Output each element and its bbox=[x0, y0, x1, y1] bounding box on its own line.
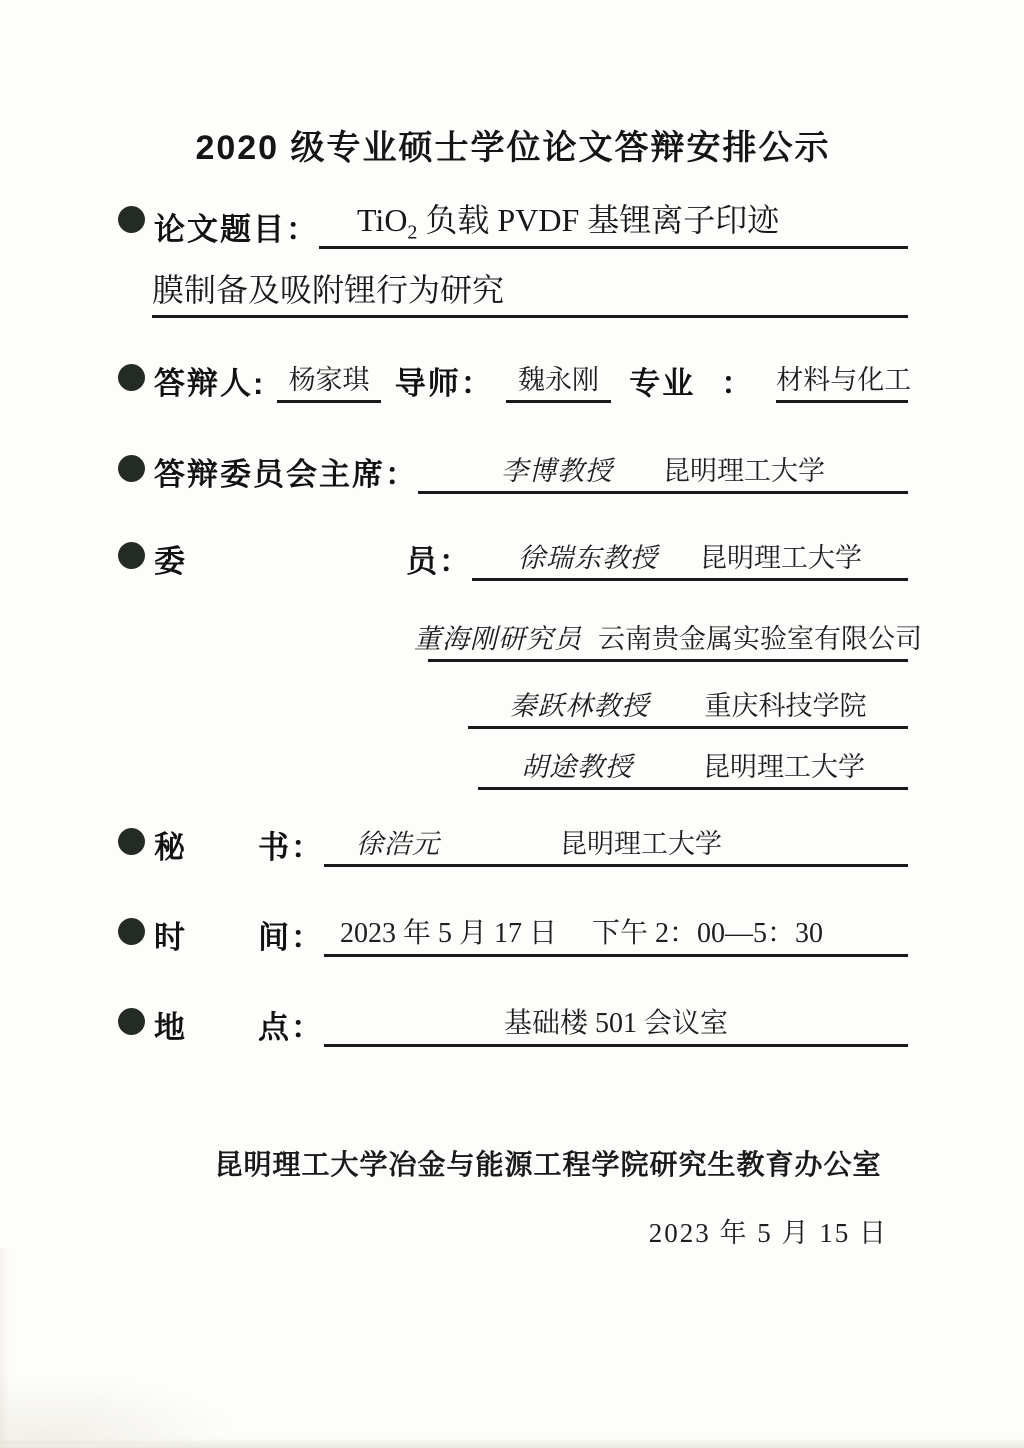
secretary-row: 秘书： 徐浩元 昆明理工大学 bbox=[118, 822, 908, 867]
time-label: 时间： bbox=[154, 912, 324, 957]
thesis-title-value-line1: TiO2 负载 PVDF 基锂离子印迹 bbox=[319, 195, 908, 249]
time-value: 2023 年 5 月 17 日 下午 2：00—5：30 bbox=[324, 911, 908, 957]
thesis-title-row-2: 膜制备及吸附锂行为研究 bbox=[118, 265, 908, 318]
committee-member-2: 董海刚研究员 云南贵金属实验室有限公司 bbox=[428, 617, 908, 662]
time-label-char2: 间： bbox=[258, 912, 324, 957]
document-body: 2020 级专业硕士学位论文答辩安排公示 论文题目： TiO2 负载 PVDF … bbox=[118, 0, 908, 1250]
chair-value: 李博教授 昆明理工大学 bbox=[418, 449, 908, 494]
committee-member-row-4: 胡途教授 昆明理工大学 bbox=[118, 745, 908, 790]
committee-label-char1: 委 bbox=[154, 536, 187, 581]
thesis-title-rest: 负载 PVDF 基锂离子印迹 bbox=[417, 202, 779, 238]
location-label: 地点： bbox=[154, 1002, 324, 1047]
committee-label-char2: 员： bbox=[406, 536, 472, 581]
member-affiliation: 重庆科技学院 bbox=[705, 684, 867, 723]
secretary-value: 徐浩元 昆明理工大学 bbox=[324, 822, 908, 867]
defender-row: 答辩人: 杨家琪 导师： 魏永刚 专业 ： 材料与化工 bbox=[118, 358, 908, 403]
chair-name: 李博教授 bbox=[501, 449, 613, 488]
footer-office: 昆明理工大学冶金与能源工程学院研究生教育办公室 bbox=[118, 1143, 908, 1183]
member-affiliation: 昆明理工大学 bbox=[703, 745, 865, 784]
committee-member-4: 胡途教授 昆明理工大学 bbox=[478, 745, 908, 790]
committee-member-row-2: 董海刚研究员 云南贵金属实验室有限公司 bbox=[118, 617, 908, 662]
defender-name: 杨家琪 bbox=[277, 358, 380, 403]
thesis-chem-subscript: 2 bbox=[407, 221, 417, 243]
bullet-icon bbox=[118, 1008, 145, 1035]
chair-row: 答辩委员会主席： 李博教授 昆明理工大学 bbox=[118, 449, 908, 494]
member-name: 徐瑞东教授 bbox=[518, 536, 658, 575]
thesis-title-label: 论文题目： bbox=[154, 204, 319, 249]
chair-affiliation: 昆明理工大学 bbox=[663, 449, 825, 488]
major-label: 专业 bbox=[629, 358, 695, 403]
member-affiliation: 昆明理工大学 bbox=[700, 536, 862, 575]
bullet-icon bbox=[118, 455, 145, 482]
scan-artifact-smudge bbox=[0, 1374, 240, 1444]
bullet-icon bbox=[118, 918, 145, 945]
major-value: 材料与化工 bbox=[776, 358, 908, 403]
time-row: 时间： 2023 年 5 月 17 日 下午 2：00—5：30 bbox=[118, 911, 908, 957]
member-name: 董海刚研究员 bbox=[414, 617, 582, 656]
location-label-char2: 点： bbox=[258, 1002, 324, 1047]
scan-artifact-left-edge bbox=[0, 1248, 10, 1448]
member-name: 胡途教授 bbox=[521, 745, 633, 784]
thesis-title-row: 论文题目： TiO2 负载 PVDF 基锂离子印迹 bbox=[118, 195, 908, 249]
defender-label: 答辩人: bbox=[154, 358, 265, 403]
location-label-char1: 地 bbox=[154, 1002, 187, 1047]
bullet-icon bbox=[118, 206, 145, 233]
committee-row: 委员： 徐瑞东教授 昆明理工大学 bbox=[118, 536, 908, 581]
page-title: 2020 级专业硕士学位论文答辩安排公示 bbox=[118, 120, 908, 169]
chair-label: 答辩委员会主席： bbox=[154, 449, 418, 494]
bullet-icon bbox=[118, 364, 145, 391]
committee-label: 委员： bbox=[154, 536, 472, 581]
thesis-title-value-line2: 膜制备及吸附锂行为研究 bbox=[152, 265, 908, 318]
thesis-chem-prefix: TiO bbox=[357, 202, 407, 238]
footer-date: 2023 年 5 月 15 日 bbox=[118, 1211, 908, 1250]
major-colon: ： bbox=[721, 358, 754, 403]
scanned-notice-page: 2020 级专业硕士学位论文答辩安排公示 论文题目： TiO2 负载 PVDF … bbox=[0, 0, 1024, 1448]
committee-member-row-3: 秦跃林教授 重庆科技学院 bbox=[118, 684, 908, 729]
scan-artifact-bottom-edge bbox=[0, 1438, 1024, 1448]
member-affiliation: 云南贵金属实验室有限公司 bbox=[598, 617, 922, 656]
advisor-name: 魏永刚 bbox=[506, 358, 611, 403]
secretary-label-char1: 秘 bbox=[154, 822, 187, 867]
member-name: 秦跃林教授 bbox=[510, 684, 650, 723]
location-value: 基础楼 501 会议室 bbox=[324, 1001, 908, 1047]
committee-member-3: 秦跃林教授 重庆科技学院 bbox=[468, 684, 908, 729]
location-row: 地点： 基础楼 501 会议室 bbox=[118, 1001, 908, 1047]
committee-member-1: 徐瑞东教授 昆明理工大学 bbox=[472, 536, 908, 581]
secretary-name: 徐浩元 bbox=[356, 822, 440, 861]
secretary-label-char2: 书： bbox=[258, 822, 324, 867]
bullet-icon bbox=[118, 542, 145, 569]
time-label-char1: 时 bbox=[154, 912, 187, 957]
bullet-icon bbox=[118, 828, 145, 855]
secretary-affiliation: 昆明理工大学 bbox=[560, 822, 722, 861]
advisor-label: 导师： bbox=[395, 358, 494, 403]
secretary-label: 秘书： bbox=[154, 822, 324, 867]
